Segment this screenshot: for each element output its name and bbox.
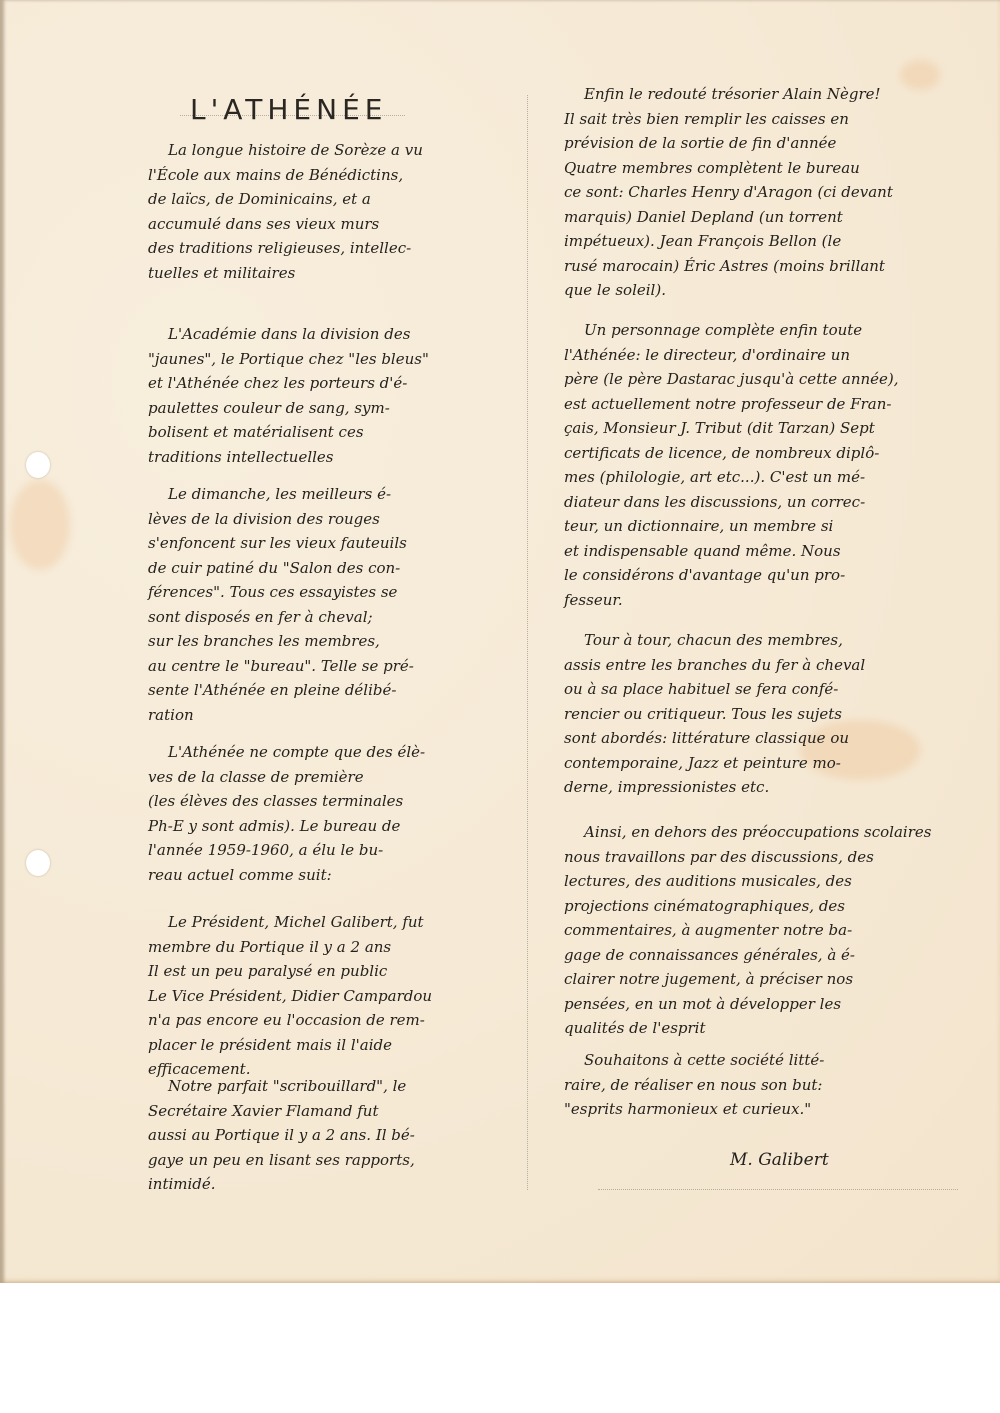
paragraph-composition: L'Athénée ne compte que des élè-ves de l…: [148, 740, 520, 887]
paragraph-president: Le Président, Michel Galibert, futmembre…: [148, 910, 520, 1082]
text-line: Ainsi, en dehors des préoccupations scol…: [564, 820, 974, 845]
paragraph-academie: L'Académie dans la division des"jaunes",…: [148, 322, 520, 469]
text-line: qualités de l'esprit: [564, 1016, 974, 1041]
text-line: L'Athénée ne compte que des élè-: [148, 740, 520, 765]
text-line: de laïcs, de Dominicains, et a: [148, 187, 520, 212]
text-line: Enfin le redouté trésorier Alain Nègre!: [564, 82, 974, 107]
text-line: sont abordés: littérature classique ou: [564, 726, 974, 751]
paragraph-secretaire: Notre parfait "scribouillard", leSecréta…: [148, 1074, 520, 1197]
text-line: ration: [148, 703, 520, 728]
text-line: assis entre les branches du fer à cheval: [564, 653, 974, 678]
text-line: Un personnage complète enfin toute: [564, 318, 974, 343]
text-line: ves de la classe de première: [148, 765, 520, 790]
text-line: lèves de la division des rouges: [148, 507, 520, 532]
text-line: intimidé.: [148, 1172, 520, 1197]
text-line: que le soleil).: [564, 278, 974, 303]
text-line: impétueux). Jean François Bellon (le: [564, 229, 974, 254]
text-line: rencier ou critiqueur. Tous les sujets: [564, 702, 974, 727]
paragraph-dimanche: Le dimanche, les meilleurs é-lèves de la…: [148, 482, 520, 727]
text-line: lectures, des auditions musicales, des: [564, 869, 974, 894]
text-line: derne, impressionistes etc.: [564, 775, 974, 800]
text-line: Il sait très bien remplir les caisses en: [564, 107, 974, 132]
column-divider: [527, 95, 528, 1190]
text-line: nous travaillons par des discussions, de…: [564, 845, 974, 870]
text-line: ce sont: Charles Henry d'Aragon (ci deva…: [564, 180, 974, 205]
text-line: et indispensable quand même. Nous: [564, 539, 974, 564]
text-line: "esprits harmonieux et curieux.": [564, 1097, 974, 1122]
text-line: gaye un peu en lisant ses rapports,: [148, 1148, 520, 1173]
text-line: diateur dans les discussions, un correc-: [564, 490, 974, 515]
text-line: rusé marocain) Éric Astres (moins brilla…: [564, 254, 974, 279]
text-line: sur les branches les membres,: [148, 629, 520, 654]
paragraph-ainsi: Ainsi, en dehors des préoccupations scol…: [564, 820, 974, 1041]
text-line: Secrétaire Xavier Flamand fut: [148, 1099, 520, 1124]
text-line: le considérons d'avantage qu'un pro-: [564, 563, 974, 588]
text-line: fesseur.: [564, 588, 974, 613]
paragraph-intro: La longue histoire de Sorèze a vul'École…: [148, 138, 520, 285]
text-line: Ph-E y sont admis). Le bureau de: [148, 814, 520, 839]
text-line: prévision de la sortie de fin d'année: [564, 131, 974, 156]
text-line: gage de connaissances générales, à é-: [564, 943, 974, 968]
text-line: s'enfoncent sur les vieux fauteuils: [148, 531, 520, 556]
text-line: marquis) Daniel Depland (un torrent: [564, 205, 974, 230]
paper-sheet: L'ATHÉNÉE La longue histoire de Sorèze a…: [0, 0, 1000, 1283]
text-line: de cuir patiné du "Salon des con-: [148, 556, 520, 581]
text-line: sente l'Athénée en pleine délibé-: [148, 678, 520, 703]
text-line: reau actuel comme suit:: [148, 863, 520, 888]
text-line: Le Président, Michel Galibert, fut: [148, 910, 520, 935]
signature-rule: [598, 1189, 958, 1190]
page-title: L'ATHÉNÉE: [190, 93, 387, 126]
text-line: accumulé dans ses vieux murs: [148, 212, 520, 237]
text-line: paulettes couleur de sang, sym-: [148, 396, 520, 421]
text-line: commentaires, à augmenter notre ba-: [564, 918, 974, 943]
paragraph-tresorier: Enfin le redouté trésorier Alain Nègre!I…: [564, 82, 974, 303]
text-line: au centre le "bureau". Telle se pré-: [148, 654, 520, 679]
punch-hole: [26, 850, 50, 876]
text-line: clairer notre jugement, à préciser nos: [564, 967, 974, 992]
paragraph-directeur: Un personnage complète enfin toutel'Athé…: [564, 318, 974, 612]
paragraph-tour: Tour à tour, chacun des membres,assis en…: [564, 628, 974, 800]
text-line: "jaunes", le Portique chez "les bleus": [148, 347, 520, 372]
text-line: Souhaitons à cette société litté-: [564, 1048, 974, 1073]
text-line: sont disposés en fer à cheval;: [148, 605, 520, 630]
text-line: raire, de réaliser en nous son but:: [564, 1073, 974, 1098]
text-line: (les élèves des classes terminales: [148, 789, 520, 814]
text-line: et l'Athénée chez les porteurs d'é-: [148, 371, 520, 396]
text-line: pensées, en un mot à développer les: [564, 992, 974, 1017]
text-line: est actuellement notre professeur de Fra…: [564, 392, 974, 417]
text-line: Notre parfait "scribouillard", le: [148, 1074, 520, 1099]
text-line: n'a pas encore eu l'occasion de rem-: [148, 1008, 520, 1033]
text-line: Le dimanche, les meilleurs é-: [148, 482, 520, 507]
text-line: membre du Portique il y a 2 ans: [148, 935, 520, 960]
text-line: projections cinématographiques, des: [564, 894, 974, 919]
text-line: Quatre membres complètent le bureau: [564, 156, 974, 181]
punch-hole: [26, 452, 50, 478]
text-line: çais, Monsieur J. Tribut (dit Tarzan) Se…: [564, 416, 974, 441]
text-line: Tour à tour, chacun des membres,: [564, 628, 974, 653]
paragraph-souhait: Souhaitons à cette société litté-raire, …: [564, 1048, 974, 1122]
text-line: l'École aux mains de Bénédictins,: [148, 163, 520, 188]
paper-stain: [10, 480, 70, 570]
text-line: contemporaine, Jazz et peinture mo-: [564, 751, 974, 776]
text-line: Il est un peu paralysé en public: [148, 959, 520, 984]
text-line: placer le président mais il l'aide: [148, 1033, 520, 1058]
text-line: traditions intellectuelles: [148, 445, 520, 470]
text-line: mes (philologie, art etc...). C'est un m…: [564, 465, 974, 490]
text-line: Le Vice Président, Didier Campardou: [148, 984, 520, 1009]
text-line: tuelles et militaires: [148, 261, 520, 286]
text-line: L'Académie dans la division des: [148, 322, 520, 347]
text-line: ou à sa place habituel se fera confé-: [564, 677, 974, 702]
text-line: bolisent et matérialisent ces: [148, 420, 520, 445]
text-line: férences". Tous ces essayistes se: [148, 580, 520, 605]
text-line: des traditions religieuses, intellec-: [148, 236, 520, 261]
text-line: aussi au Portique il y a 2 ans. Il bé-: [148, 1123, 520, 1148]
text-line: certificats de licence, de nombreux dipl…: [564, 441, 974, 466]
text-line: La longue histoire de Sorèze a vu: [148, 138, 520, 163]
text-line: père (le père Dastarac jusqu'à cette ann…: [564, 367, 974, 392]
text-line: l'Athénée: le directeur, d'ordinaire un: [564, 343, 974, 368]
signature: M. Galibert: [730, 1150, 829, 1170]
text-line: teur, un dictionnaire, un membre si: [564, 514, 974, 539]
text-line: l'année 1959-1960, a élu le bu-: [148, 838, 520, 863]
